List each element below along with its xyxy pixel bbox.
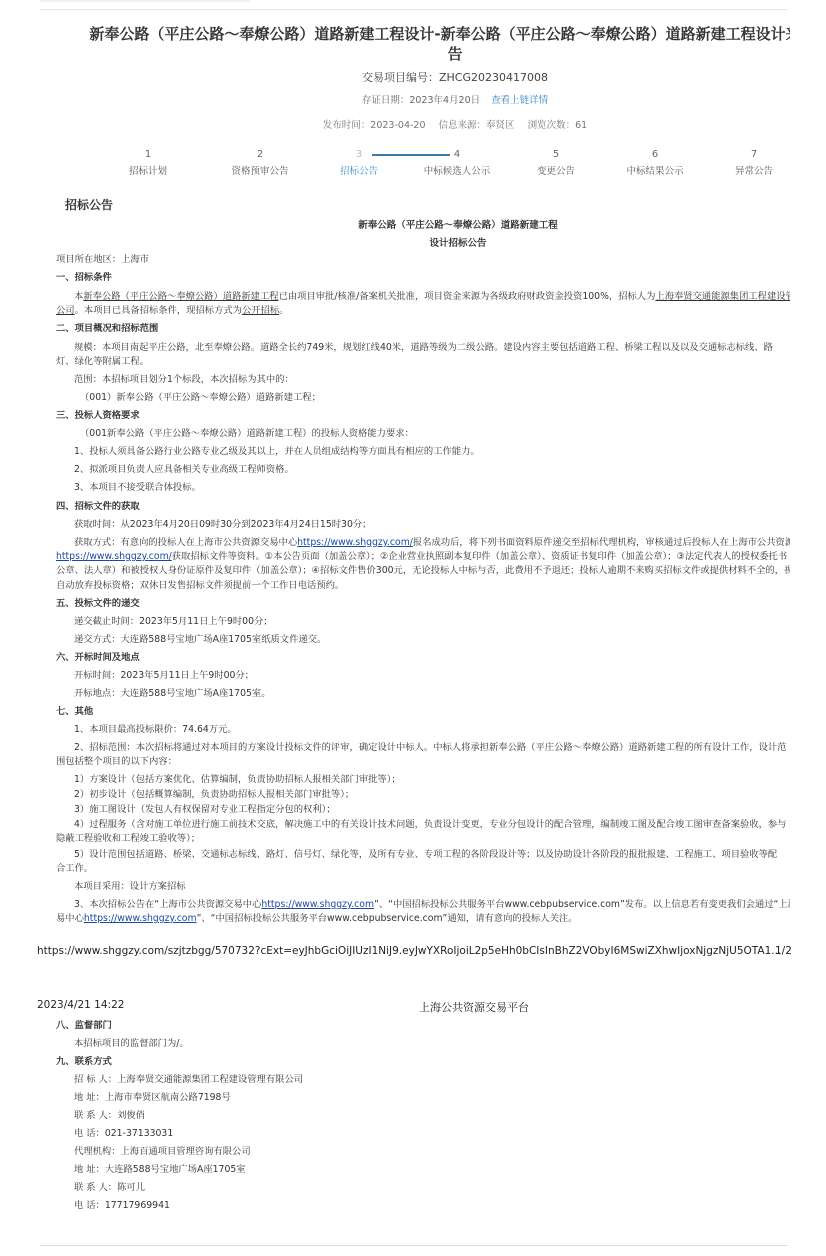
s6-place: 开标地点：大连路588号宝地广场A座1705室。 xyxy=(74,685,790,702)
s5-heading: 五、投标文件的递交 xyxy=(56,595,790,612)
s2-scale-cont: 灯、绿化等附属工程。 xyxy=(56,353,790,370)
print-header-date: 2023/4/21 14:22 xyxy=(37,999,124,1011)
s8-text: 本招标项目的监督部门为/。 xyxy=(74,1035,826,1052)
cert-date: 存证日期：2023年4月20日 xyxy=(362,95,480,106)
s7-list-5-cont: 合工作。 xyxy=(56,860,790,877)
s3-item-2: 2、拟派项目负责人应具备相关专业高级工程师资格。 xyxy=(74,461,790,478)
contact-tenderer-address: 地 址：上海市奉贤区航南公路7198号 xyxy=(74,1089,826,1106)
view-chain-details-link[interactable]: 查看上链详情 xyxy=(491,95,548,106)
s7-item-1: 1、本项目最高投标限价：74.64万元。 xyxy=(74,721,790,738)
step-prequalification[interactable]: 2 资格预审公告 xyxy=(210,148,310,180)
doc-title-line-2: 设计招标公告 xyxy=(0,235,790,249)
step-label: 中标候选人公示 xyxy=(407,164,507,180)
contact-agency-phone: 电 话：17717969941 xyxy=(74,1197,826,1214)
page-title: 新奉公路（平庄公路～奉燎公路）道路新建工程设计-新奉公路（平庄公路～奉燎公路）道… xyxy=(0,24,790,44)
s7-item-2-cont: 围包括整个项目的以下内容： xyxy=(56,753,790,770)
shggzy-link[interactable]: https://www.shggzy.com xyxy=(84,913,197,924)
project-name: 新奉公路（平庄公路～奉燎公路）道路新建工程 xyxy=(83,291,278,302)
step-number: 3 xyxy=(309,148,409,164)
s6-heading: 六、开标时间及地点 xyxy=(56,649,790,666)
step-number: 6 xyxy=(605,148,705,164)
s1-paragraph-line-2: 公司。本项目已具备招标条件，现招标方式为公开招标。 xyxy=(56,302,790,319)
step-number: 2 xyxy=(210,148,310,164)
tenderer-name: 上海奉贤交通能源集团工程建设管理有限 xyxy=(655,291,790,302)
contact-agency: 代理机构：上海百通项目管理咨询有限公司 xyxy=(74,1143,826,1160)
step-label: 招标公告 xyxy=(309,164,409,180)
s3-item-3: 3、本项目不接受联合体投标。 xyxy=(74,479,790,496)
s4-way-line-4: 自动放弃投标资格；双休日发售招标文件须提前一个工作日电话预约。 xyxy=(56,577,790,594)
shggzy-link[interactable]: https://www.shggzy.com/ xyxy=(297,537,413,548)
step-result-publicity[interactable]: 6 中标结果公示 xyxy=(605,148,705,180)
print-header-site: 上海公共资源交易平台 xyxy=(419,999,529,1015)
project-region: 项目所在地区：上海市 xyxy=(56,251,790,268)
step-label: 变更公告 xyxy=(506,164,606,180)
step-tender-plan[interactable]: 1 招标计划 xyxy=(98,148,198,180)
step-number: 1 xyxy=(98,148,198,164)
s3-item-1: 1、投标人须具备公路行业公路专业乙级及其以上，并在人员组成结构等方面具有相应的工… xyxy=(74,443,790,460)
s2-heading: 二、项目概况和招标范围 xyxy=(56,320,790,337)
step-tender-notice[interactable]: 3 招标公告 xyxy=(309,148,409,180)
s7-heading: 七、其他 xyxy=(56,703,790,720)
s4-heading: 四、招标文件的获取 xyxy=(56,498,790,515)
meta-row: 发布时间：2023-04-20 信息来源：奉贤区 浏览次数：61 xyxy=(0,117,790,131)
contact-tenderer: 招 标 人：上海奉贤交通能源集团工程建设管理有限公司 xyxy=(74,1071,826,1088)
bottom-divider xyxy=(40,1245,788,1246)
s9-heading: 九、联系方式 xyxy=(56,1053,816,1070)
s3-intro: （001新奉公路（平庄公路～奉燎公路）道路新建工程）的投标人资格能力要求： xyxy=(80,425,790,442)
s2-lot: （001）新奉公路（平庄公路～奉燎公路）道路新建工程； xyxy=(80,389,790,406)
tender-method: 公开招标 xyxy=(242,305,279,316)
step-abnormal-notice[interactable]: 7 异常公告 xyxy=(704,148,790,180)
certification-row: 存证日期：2023年4月20日 查看上链详情 xyxy=(0,92,790,106)
contact-agency-person: 联 系 人：陈可儿 xyxy=(74,1179,826,1196)
s5-deadline: 递交截止时间：2023年5月11日上午9时00分； xyxy=(74,613,790,630)
step-label: 招标计划 xyxy=(98,164,198,180)
page-title-wrap: 告 xyxy=(0,44,790,64)
step-number: 4 xyxy=(407,148,507,164)
shggzy-link[interactable]: https://www.shggzy.com xyxy=(261,899,374,910)
s7-list-4-cont: 隐蔽工程验收和工程竣工验收等）； xyxy=(56,830,790,847)
publish-time: 发布时间：2023-04-20 xyxy=(323,120,426,131)
s3-heading: 三、投标人资格要求 xyxy=(56,407,790,424)
section-heading: 招标公告 xyxy=(65,196,113,213)
s8-heading: 八、监督部门 xyxy=(56,1017,816,1034)
doc-title-line-1: 新奉公路（平庄公路～奉燎公路）道路新建工程 xyxy=(0,217,790,231)
step-number: 5 xyxy=(506,148,606,164)
s2-range: 范围：本招标项目划分1个标段，本次招标为其中的： xyxy=(74,371,790,388)
info-source: 信息来源：奉贤区 xyxy=(439,120,515,131)
contact-tenderer-person: 联 系 人：刘俊俏 xyxy=(74,1107,826,1124)
s5-way: 递交方式：大连路588号宝地广场A座1705室纸质文件递交。 xyxy=(74,631,790,648)
trade-number: 交易项目编号：ZHCG20230417008 xyxy=(0,69,790,85)
step-change-notice[interactable]: 5 变更公告 xyxy=(506,148,606,180)
s6-time: 开标时间：2023年5月11日上午9时00分； xyxy=(74,667,790,684)
s1-heading: 一、招标条件 xyxy=(56,269,790,286)
page-1-content: 新奉公路（平庄公路～奉燎公路）道路新建工程设计-新奉公路（平庄公路～奉燎公路）道… xyxy=(0,0,790,935)
s7-adopt: 本项目采用：设计方案招标 xyxy=(74,878,790,895)
print-page-number: 1/2 xyxy=(775,945,792,957)
step-candidate-publicity[interactable]: 4 中标候选人公示 xyxy=(407,148,507,180)
s7-item-3-cont: 易中心https://www.shggzy.com”、“中国招标投标公共服务平台… xyxy=(56,910,790,927)
step-label: 异常公告 xyxy=(704,164,790,180)
view-count: 浏览次数：61 xyxy=(528,120,588,131)
shggzy-link[interactable]: https://www.shggzy.com/ xyxy=(56,551,172,562)
contact-agency-address: 地 址：大连路588号宝地广场A座1705室 xyxy=(74,1161,826,1178)
s4-time: 获取时间：从2023年4月20日09时30分到2023年4月24日15时30分； xyxy=(74,516,790,533)
process-steps: 1 招标计划 2 资格预审公告 3 招标公告 4 中标候选人公示 5 变更公告 … xyxy=(98,148,790,192)
contact-tenderer-phone: 电 话：021-37133031 xyxy=(74,1125,826,1142)
step-label: 中标结果公示 xyxy=(605,164,705,180)
print-footer-url: https://www.shggzy.com/szjtzbgg/570732?c… xyxy=(37,945,781,957)
step-number: 7 xyxy=(704,148,790,164)
step-label: 资格预审公告 xyxy=(210,164,310,180)
